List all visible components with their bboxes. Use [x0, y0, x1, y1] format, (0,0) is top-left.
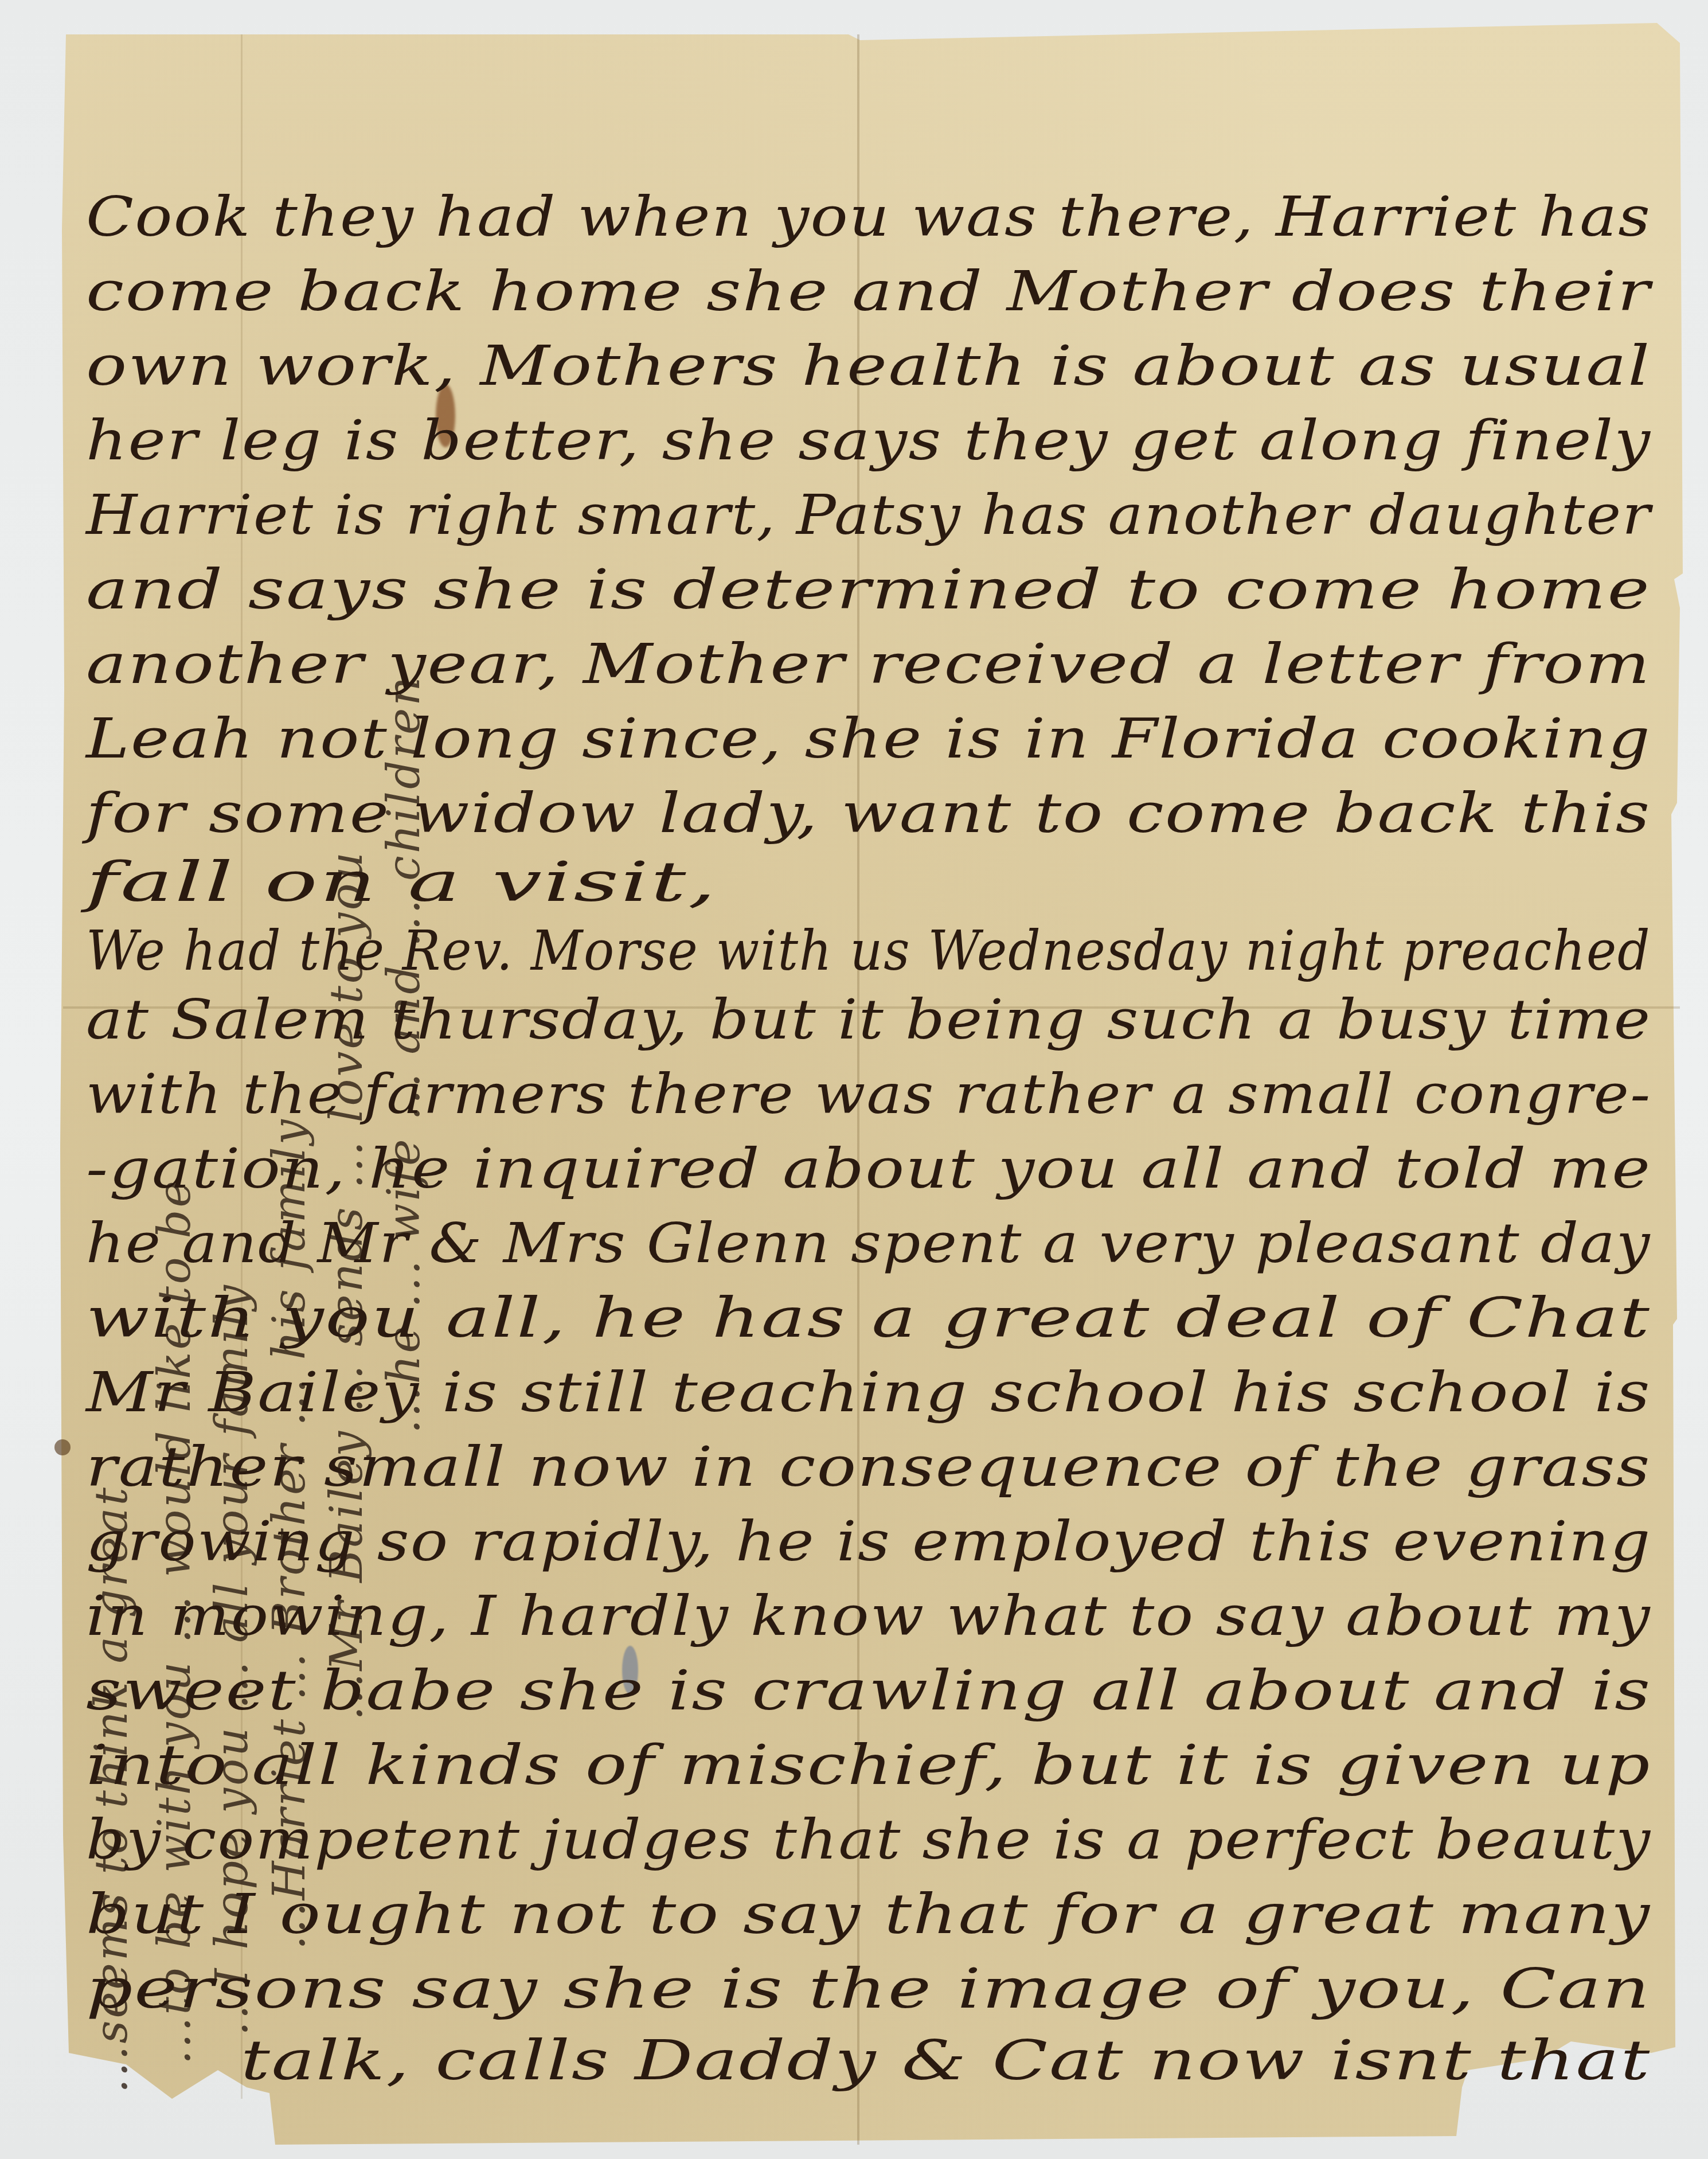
letter-line: in mowing, I hardly know what to say abo… [86, 1588, 1651, 1643]
letter-line: sweet babe she is crawling all about and… [86, 1663, 1651, 1718]
letter-line: another year, Mother received a letter f… [86, 637, 1651, 692]
letter-line: fall on a visit, [86, 854, 718, 909]
letter-line: -gation, he inquired about you all and t… [86, 1141, 1651, 1196]
letter-line: with the farmers there was rather a smal… [86, 1067, 1651, 1122]
letter-line: own work, Mothers health is about as usu… [86, 338, 1651, 393]
letter-line: but I ought not to say that for a great … [86, 1887, 1651, 1942]
letter-line: Mr Bailey is still teaching school his s… [86, 1365, 1651, 1420]
letter-line: at Salem thursday, but it being such a b… [86, 992, 1651, 1047]
letter-line: with you all, he has a great deal of Cha… [86, 1290, 1651, 1345]
letter-line: come back home she and Mother does their [86, 264, 1651, 319]
letter-line: We had the Rev. Morse with us Wednesday … [86, 923, 1651, 978]
letter-line: growing so rapidly, he is employed this … [86, 1514, 1651, 1569]
letter-line: her leg is better, she says they get alo… [86, 413, 1651, 468]
letter-line: talk, calls Daddy & Cat now isnt that [241, 2033, 1651, 2088]
letter-line: and says she is determined to come home [86, 562, 1651, 617]
letter-line: rather small now in consequence of the g… [86, 1439, 1651, 1494]
letter-body: Cook they had when you was there, Harrie… [0, 0, 1708, 2159]
letter-line: Harriet is right smart, Patsy has anothe… [86, 487, 1651, 542]
letter-line: by competent judges that she is a perfec… [86, 1812, 1651, 1867]
letter-line: for some widow lady, want to come back t… [86, 786, 1651, 841]
letter-line: Leah not long since, she is in Florida c… [86, 711, 1651, 766]
letter-line: persons say she is the image of you, Can [86, 1961, 1651, 2016]
letter-line: Cook they had when you was there, Harrie… [86, 189, 1651, 244]
letter-line: into all kinds of mischief, but it is gi… [86, 1738, 1651, 1793]
letter-line: he and Mr & Mrs Glenn spent a very pleas… [86, 1216, 1651, 1271]
